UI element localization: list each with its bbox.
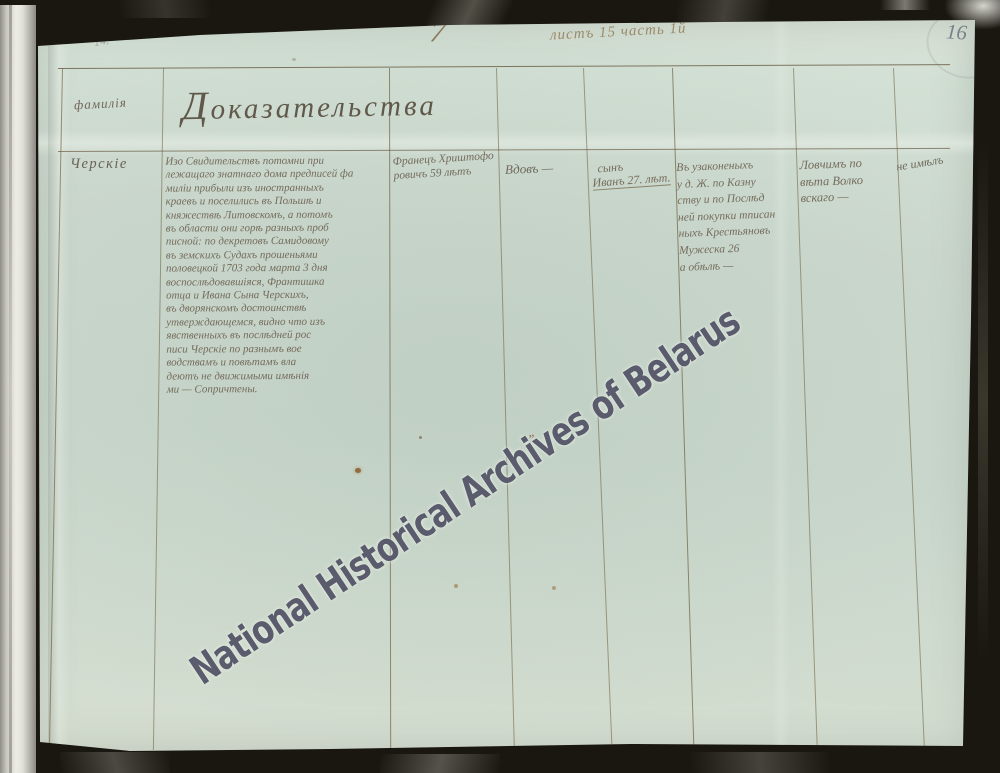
cell-family-name: Черскіе: [70, 156, 128, 173]
evidence-line: княжествѣ Литовскомъ, а потомъ: [166, 208, 398, 223]
ink-stain: [355, 468, 361, 473]
ink-stain: [292, 58, 296, 61]
scan-gloss-streak: [380, 754, 500, 773]
scanned-document: 14. 7 листъ 15 часть 1й 16 фамилія Доказ…: [0, 0, 1000, 773]
ink-stain: [419, 436, 422, 439]
scan-gloss-streak: [978, 140, 988, 660]
scan-gloss-streak: [120, 0, 210, 18]
cell-person-age: Франецъ Хриштофоровичъ 59 лѣтъ: [392, 149, 495, 183]
evidence-line: въ земскихъ Судахъ прошеньями: [166, 248, 398, 263]
scan-gloss-streak: [60, 752, 170, 773]
evidence-line: утверждающемся, видно что изъ: [166, 315, 398, 330]
backing-sheet-edge: [0, 5, 36, 773]
evidence-line: миліи прибыли изъ иностранныхъ: [166, 181, 398, 196]
evidence-line: явственныхъ въ послѣдней рос: [166, 329, 398, 344]
page-number-pencil: 16: [945, 19, 968, 45]
scan-gloss-streak: [690, 752, 830, 773]
sheet-part-note: листъ 15 часть 1й: [550, 20, 687, 44]
table-rule-vertical: [153, 68, 164, 750]
evidence-line: ми — Сопричтены.: [167, 382, 399, 397]
column-header-family: фамилія: [74, 95, 128, 114]
cell-office-held: Ловчимъ повѣта Волковскаго —: [799, 155, 864, 207]
cell-evidence-text: Изо Свидительствъ потомни прилежащаго зн…: [165, 154, 398, 397]
office-line: вѣта Волко: [800, 171, 864, 190]
evidence-line: въ области они горѣ разныхъ проб: [166, 221, 398, 236]
document-page: 14. 7 листъ 15 часть 1й 16 фамилія Доказ…: [30, 18, 978, 758]
pencil-folio-number-left: 14.: [93, 33, 110, 50]
backing-crease: [9, 5, 12, 773]
ink-stain: [454, 584, 458, 588]
evidence-line: Изо Свидительствъ потомни при: [165, 154, 397, 169]
scan-gloss-streak: [880, 0, 930, 10]
paper-crease: [30, 130, 978, 156]
center-ink-mark: 7: [428, 15, 446, 50]
cell-serfs-owned: Въ узаконеныхъу д. Ж. по Казнуству и по …: [676, 156, 790, 276]
evidence-line: водствамъ и повѣтамъ вла: [166, 355, 398, 370]
paper-crease: [772, 18, 790, 758]
table-rule-top: [58, 64, 950, 69]
scan-gloss-streak: [415, 0, 535, 28]
cell-marital-status: Вдовъ —: [505, 160, 554, 178]
column-header-proofs: Доказательства: [182, 78, 438, 129]
office-line: вскаго —: [800, 188, 864, 207]
evidence-line: воспослѣдовавшіяся, Франтишка: [166, 275, 398, 290]
evidence-line: деютъ не движимыми имѣнія: [166, 369, 398, 384]
cell-son-age: сынъИванъ 27. лѣт.: [591, 157, 671, 190]
scan-gloss-streak: [665, 0, 785, 24]
evidence-line: писной: по декретовъ Самидовому: [166, 235, 398, 250]
evidence-line: половецкой 1703 года марта 3 дня: [166, 262, 398, 277]
evidence-line: въ дворянскомъ достоинствѣ: [166, 302, 398, 317]
evidence-line: лежащаго знатнаго дома предписей фа: [165, 168, 397, 183]
office-line: Ловчимъ по: [799, 155, 863, 174]
ink-stain: [552, 586, 556, 590]
evidence-line: писи Черскіе по разнымъ вое: [166, 342, 398, 357]
evidence-line: краевъ и поселились въ Польшѣ и: [166, 195, 398, 210]
evidence-line: отца и Ивана Сына Черскихъ,: [166, 288, 398, 303]
